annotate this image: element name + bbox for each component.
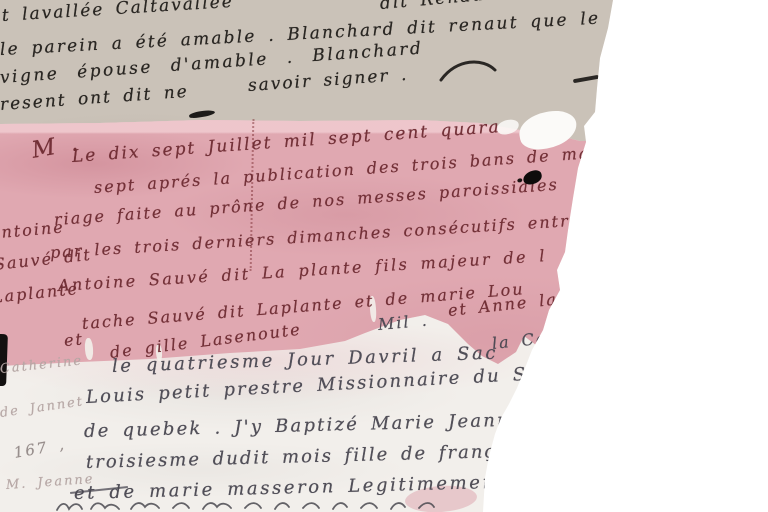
line-white-3: de quebek . J'y Baptizé Marie Jeanne xyxy=(84,409,524,442)
manuscript-photo: t lavallée Caltavalléedit Renaule parein… xyxy=(0,0,768,512)
margin-faint-jannet: de Jannet xyxy=(0,394,85,421)
margin-pink-laplante: Laplante xyxy=(0,279,80,307)
line-top-4b: savoir signer . xyxy=(247,65,409,96)
margin-faint-catherine: Catherine xyxy=(0,353,84,377)
line-top-1: t lavallée Caltavallée xyxy=(1,0,234,26)
margin-year: 167 , xyxy=(12,435,67,462)
frag-la-cath: la Cath xyxy=(491,326,569,353)
frag-mil: Mil . xyxy=(377,311,429,334)
handwriting-layer: t lavallée Caltavalléedit Renaule parein… xyxy=(0,0,768,512)
margin-pink-antoine: Antoine xyxy=(0,217,65,243)
line-white-4: troisiesme dudit mois fille de françois xyxy=(86,440,529,473)
margin-pink-sauve-dit: Sauvé dit xyxy=(0,245,93,274)
margin-pink-et: et xyxy=(63,329,84,350)
line-top-1b: dit Renau xyxy=(379,0,486,14)
torn-paper: t lavallée Caltavalléedit Renaule parein… xyxy=(0,0,768,512)
line-white-5: et de marie masseron Legitimemen xyxy=(74,472,497,504)
line-top-4: resent ont dit ne xyxy=(0,82,189,115)
